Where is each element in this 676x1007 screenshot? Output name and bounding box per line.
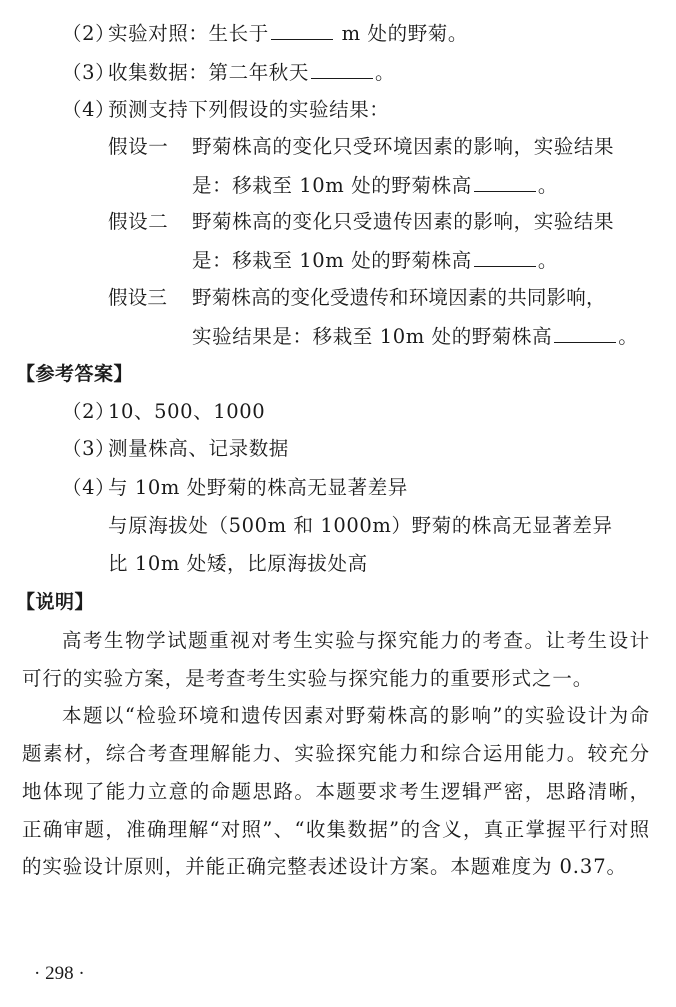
- item-number: （3）: [62, 61, 108, 85]
- item-text-end: m 处的野菊。: [335, 22, 468, 45]
- answer-text: 与 10m 处野菊的株高无显著差异: [108, 476, 408, 499]
- question-item-4: （4）预测支持下列假设的实验结果：: [62, 98, 389, 122]
- explanation-paragraph-2: 本题以“检验环境和遗传因素对野菊株高的影响”的实验设计为命题素材，综合考查理解能…: [22, 697, 650, 886]
- hypothesis-1-line-2: 是：移栽至 10m 处的野菊株高。: [192, 173, 558, 198]
- hypothesis-result: 是：移栽至 10m 处的野菊株高: [192, 249, 472, 272]
- hypothesis-3-line-1: 假设三野菊株高的变化受遗传和环境因素的共同影响，: [108, 286, 606, 310]
- item-number: （4）: [62, 476, 108, 500]
- item-number: （4）: [62, 98, 108, 122]
- hypothesis-result: 是：移栽至 10m 处的野菊株高: [192, 174, 472, 197]
- hypothesis-text: 野菊株高的变化只受遗传因素的影响，实验结果: [192, 210, 614, 233]
- hypothesis-2-line-2: 是：移栽至 10m 处的野菊株高。: [192, 248, 558, 273]
- explanation-heading: 【说明】: [16, 590, 94, 614]
- item-text-end: 。: [375, 61, 395, 84]
- period: 。: [538, 249, 558, 272]
- item-number: （2）: [62, 22, 108, 46]
- answer-blank: [474, 248, 536, 267]
- hypothesis-text: 野菊株高的变化受遗传和环境因素的共同影响，: [192, 286, 606, 309]
- answer-blank: [554, 324, 616, 343]
- item-number: （2）: [62, 400, 108, 424]
- answer-blank: [271, 21, 333, 40]
- answer-heading: 【参考答案】: [16, 362, 133, 386]
- hypothesis-1-line-1: 假设一野菊株高的变化只受环境因素的影响，实验结果: [108, 135, 614, 159]
- item-number: （3）: [62, 437, 108, 461]
- answer-item-2: （2）10、500、1000: [62, 400, 265, 424]
- period: 。: [538, 174, 558, 197]
- hypothesis-label: 假设二: [108, 210, 192, 234]
- hypothesis-label: 假设三: [108, 286, 192, 310]
- item-text: 实验对照：生长于: [108, 22, 269, 45]
- hypothesis-2-line-1: 假设二野菊株高的变化只受遗传因素的影响，实验结果: [108, 210, 614, 234]
- explanation-body: 高考生物学试题重视对考生实验与探究能力的考查。让考生设计可行的实验方案，是考查考…: [22, 622, 650, 886]
- question-item-2: （2）实验对照：生长于 m 处的野菊。: [62, 21, 468, 46]
- page-number: · 298 ·: [34, 963, 85, 985]
- answer-blank: [311, 60, 373, 79]
- answer-text: 测量株高、记录数据: [108, 437, 289, 460]
- item-text: 预测支持下列假设的实验结果：: [108, 98, 389, 121]
- item-text: 收集数据：第二年秋天: [108, 61, 309, 84]
- answer-item-4: （4）与 10m 处野菊的株高无显著差异: [62, 476, 408, 500]
- answer-text: 比 10m 处矮，比原海拔处高: [108, 552, 368, 575]
- hypothesis-3-line-2: 实验结果是：移栽至 10m 处的野菊株高。: [192, 324, 638, 349]
- hypothesis-result: 实验结果是：移栽至 10m 处的野菊株高: [192, 325, 552, 348]
- answer-item-4-line-3: 比 10m 处矮，比原海拔处高: [108, 552, 368, 576]
- answer-text: 10、500、1000: [108, 400, 265, 423]
- question-item-3: （3）收集数据：第二年秋天。: [62, 60, 395, 85]
- hypothesis-text: 野菊株高的变化只受环境因素的影响，实验结果: [192, 135, 614, 158]
- hypothesis-label: 假设一: [108, 135, 192, 159]
- answer-item-4-line-2: 与原海拔处（500m 和 1000m）野菊的株高无显著差异: [108, 514, 613, 538]
- explanation-paragraph-1: 高考生物学试题重视对考生实验与探究能力的考查。让考生设计可行的实验方案，是考查考…: [22, 622, 650, 697]
- answer-item-3: （3）测量株高、记录数据: [62, 437, 289, 461]
- answer-blank: [474, 173, 536, 192]
- period: 。: [618, 325, 638, 348]
- answer-text: 与原海拔处（500m 和 1000m）野菊的株高无显著差异: [108, 514, 613, 537]
